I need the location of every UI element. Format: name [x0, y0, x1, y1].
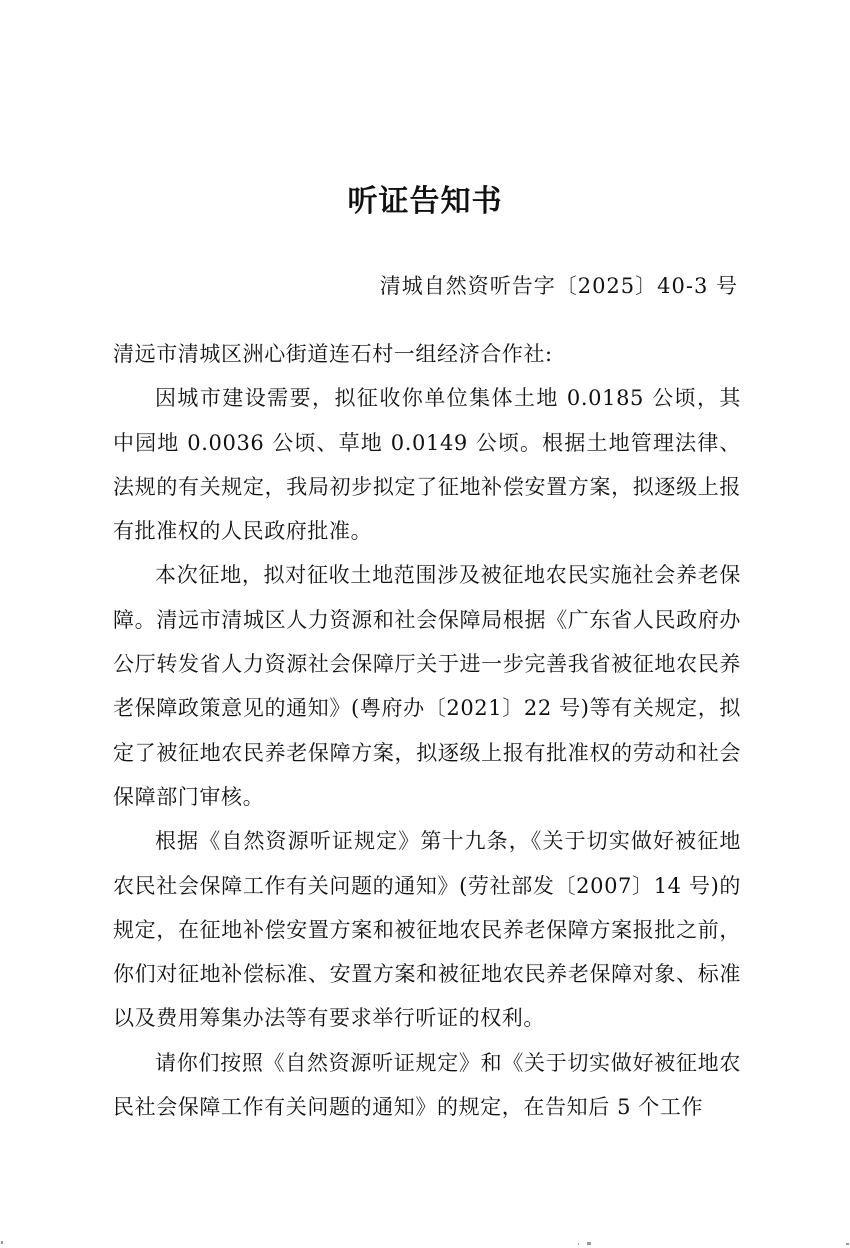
salutation: 清远市清城区洲心街道连石村一组经济合作社:: [113, 332, 741, 376]
scan-artifact: [1, 1241, 3, 1244]
scan-artifact: [846, 1243, 849, 1245]
paragraph-social-security: 本次征地，拟对征收土地范围涉及被征地农民实施社会养老保障。清远市清城区人力资源和…: [113, 553, 741, 819]
paragraph-hearing-rights: 根据《自然资源听证规定》第十九条，《关于切实做好被征地农民社会保障工作有关问题的…: [113, 819, 741, 1040]
document-number: 清城自然资听告字〔2025〕40-3 号: [380, 270, 738, 302]
paragraph-land-acquisition: 因城市建设需要，拟征收你单位集体土地 0.0185 公顷，其中园地 0.0036…: [113, 376, 741, 553]
document-page: 听证告知书 清城自然资听告字〔2025〕40-3 号 清远市清城区洲心街道连石村…: [0, 0, 850, 1248]
paragraph-hearing-request: 请你们按照《自然资源听证规定》和《关于切实做好被征地农民社会保障工作有关问题的通…: [113, 1041, 741, 1130]
document-body: 清远市清城区洲心街道连石村一组经济合作社: 因城市建设需要，拟征收你单位集体土地…: [113, 332, 741, 1129]
document-title: 听证告知书: [0, 182, 850, 222]
scan-artifact: [587, 1242, 591, 1245]
scan-artifact: [578, 1243, 579, 1245]
